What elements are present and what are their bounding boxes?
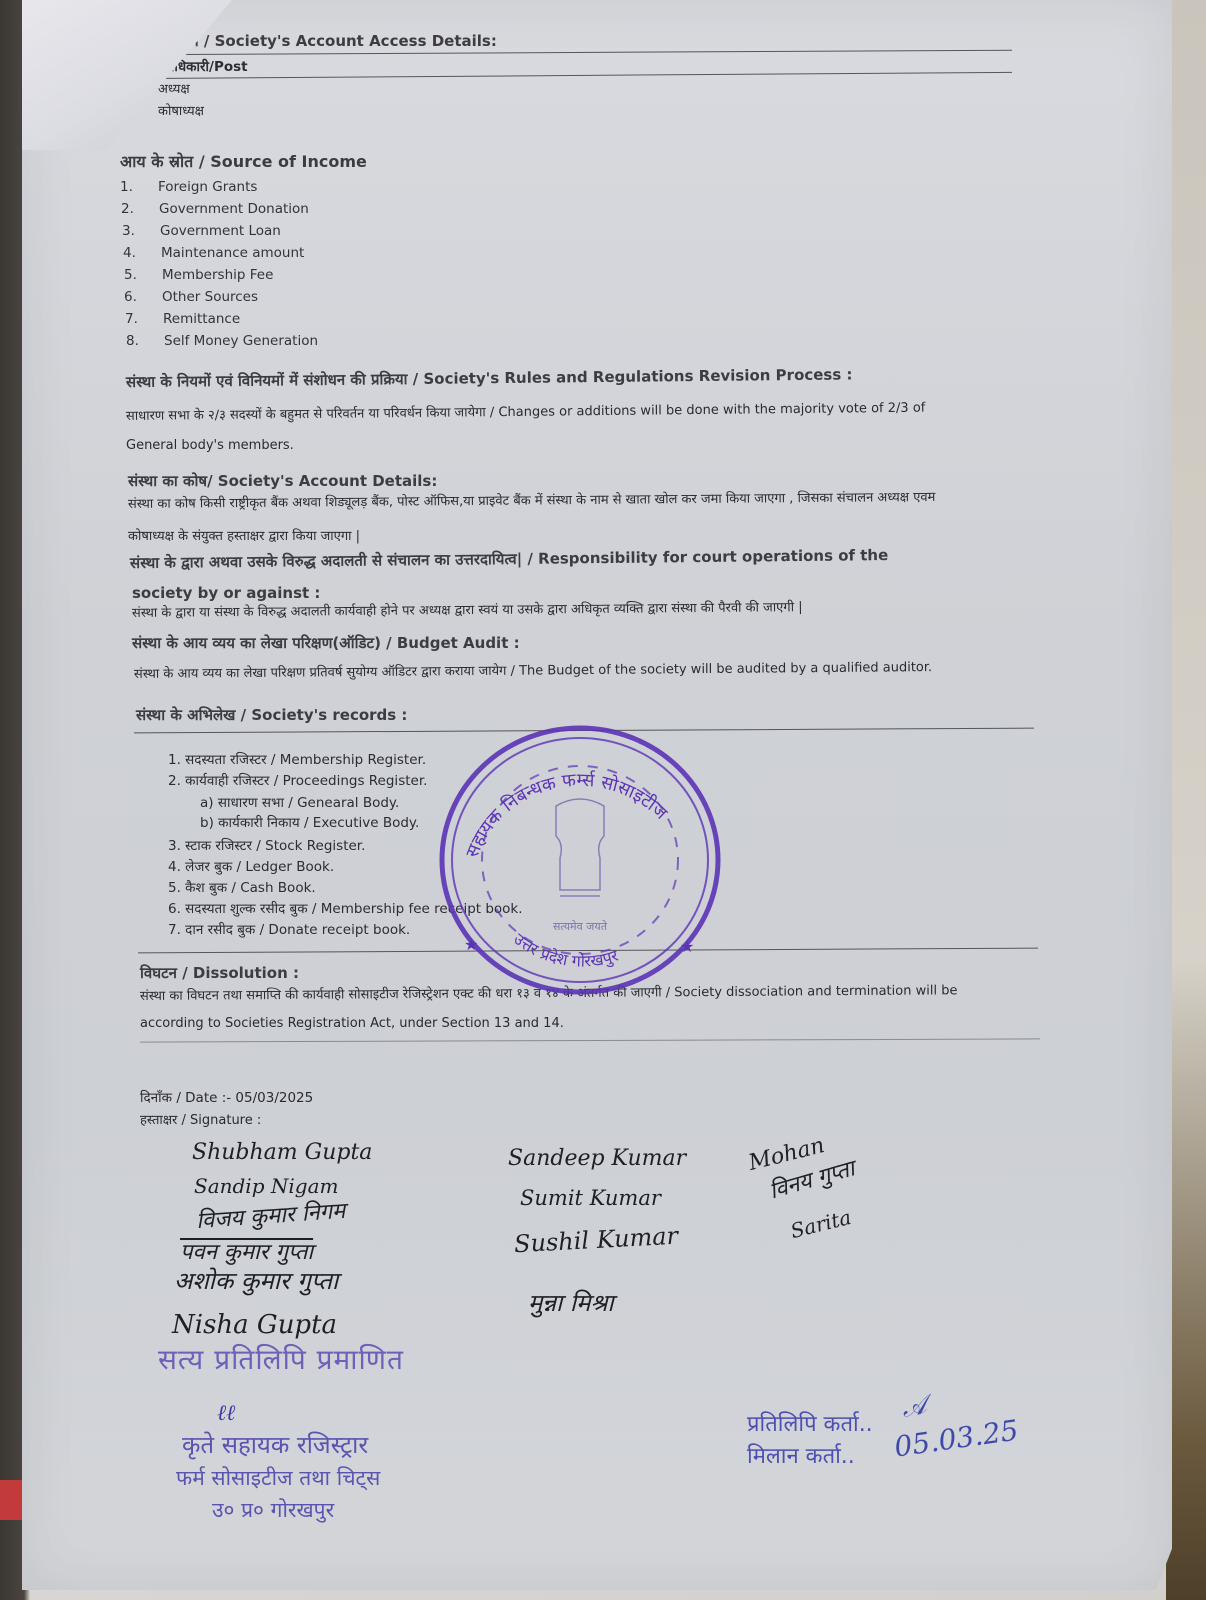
verified-by-label: मिलान कर्ता.. — [747, 1440, 855, 1470]
divider — [134, 728, 1034, 734]
officer-initials: ℓℓ — [217, 1400, 235, 1426]
item-number: 4. — [123, 245, 161, 261]
signature-label: हस्ताक्षर / Signature : — [140, 1110, 261, 1128]
budget-audit-body: संस्था के आय व्यय का लेखा परिक्षण प्रतिव… — [134, 657, 932, 682]
true-copy-stamp: सत्य प्रतिलिपि प्रमाणित — [158, 1340, 404, 1378]
officer-department: फर्म सोसाइटीज तथा चिट्स — [176, 1464, 380, 1492]
background-desk — [1166, 0, 1206, 1600]
item-number: 7. — [125, 311, 163, 327]
income-heading: आय के स्रोत / Source of Income — [120, 150, 367, 172]
item-number: 1. — [120, 179, 158, 195]
income-item: 8.Self Money Generation — [126, 333, 318, 349]
income-item: 3.Government Loan — [122, 223, 281, 239]
item-number: 2. — [121, 201, 159, 217]
item-label: Self Money Generation — [164, 333, 318, 349]
account-access-heading: का कोष / Society's Account Access Detail… — [154, 31, 497, 51]
item-label: Government Loan — [160, 223, 281, 239]
signature: Sandip Nigam — [194, 1174, 338, 1198]
document-page: का कोष / Society's Account Access Detail… — [22, 0, 1172, 1590]
record-item: 6. सदस्यता शुल्क रसीद बुक / Membership f… — [168, 899, 523, 917]
dissolution-body: संस्था का विघटन तथा समाप्ति की कार्यवाही… — [140, 980, 958, 1004]
copied-by-label: प्रतिलिपि कर्ता.. — [747, 1408, 873, 1438]
rules-revision-body: साधारण सभा के २/३ सदस्यों के बहुमत से पर… — [126, 398, 925, 424]
signature: Sushil Kumar — [513, 1222, 678, 1259]
court-operations-heading: संस्था के द्वारा अथवा उसके विरुद्ध अदालत… — [130, 545, 888, 573]
record-item: 2. कार्यवाही रजिस्टर / Proceedings Regis… — [168, 771, 427, 789]
official-seal-stamp: सहायक निबन्धक फर्म्स सोसाइटीज उत्तर प्रद… — [434, 720, 726, 1000]
signature: विजय कुमार निगम — [195, 1195, 346, 1235]
item-label: Maintenance amount — [161, 245, 304, 261]
budget-audit-heading: संस्था के आय व्यय का लेखा परिक्षण(ऑडिट) … — [132, 633, 520, 653]
date-label: दिनाँक / Date :- 05/03/2025 — [140, 1088, 313, 1106]
national-emblem-icon — [556, 799, 604, 896]
item-label: Other Sources — [162, 289, 258, 305]
officer-title: कृते सहायक रजिस्ट्रार — [182, 1428, 368, 1461]
item-label: Membership Fee — [162, 267, 273, 283]
svg-text:सत्यमेव जयते: सत्यमेव जयते — [553, 920, 608, 933]
divider — [132, 72, 1012, 79]
item-label: Government Donation — [159, 201, 309, 217]
income-item: 1.Foreign Grants — [120, 179, 257, 195]
income-item: 4.Maintenance amount — [123, 245, 304, 261]
record-item: b) कार्यकारी निकाय / Executive Body. — [200, 813, 419, 831]
svg-text:★: ★ — [680, 937, 694, 956]
account-details-heading: संस्था का कोष/ Society's Account Details… — [128, 471, 437, 491]
signature: Sandeep Kumar — [508, 1146, 686, 1171]
folded-page-corner — [22, 0, 232, 150]
signature: Nisha Gupta — [172, 1310, 337, 1340]
income-item: 6.Other Sources — [124, 289, 258, 305]
records-heading: संस्था के अभिलेख / Society's records : — [136, 705, 407, 725]
dissolution-heading: विघटन / Dissolution : — [140, 963, 299, 983]
rules-revision-heading: संस्था के नियमों एवं विनियमों में संशोधन… — [126, 364, 853, 392]
record-item: 5. कैश बुक / Cash Book. — [168, 878, 316, 896]
item-number: 6. — [124, 289, 162, 305]
divider — [140, 1038, 1040, 1042]
record-item: 3. स्टाक रजिस्टर / Stock Register. — [168, 836, 365, 854]
signature: मुन्ना मिश्रा — [528, 1286, 614, 1319]
record-item: 4. लेजर बुक / Ledger Book. — [168, 857, 334, 875]
signature: अशोक कुमार गुप्ता — [174, 1264, 338, 1297]
signature: Sarita — [788, 1205, 854, 1243]
rules-revision-body-cont: General body's members. — [126, 438, 294, 453]
item-label: Remittance — [163, 311, 240, 327]
item-number: 5. — [124, 267, 162, 283]
record-item: 7. दान रसीद बुक / Donate receipt book. — [168, 920, 410, 938]
item-number: 3. — [122, 223, 160, 239]
item-label: Foreign Grants — [158, 179, 257, 195]
record-item: a) साधारण सभा / Genearal Body. — [200, 793, 399, 811]
dissolution-body-cont: according to Societies Registration Act,… — [140, 1016, 564, 1031]
signature: पवन कुमार गुप्ता — [180, 1236, 313, 1266]
income-item: 5.Membership Fee — [124, 267, 273, 283]
income-item: 7.Remittance — [125, 311, 240, 327]
signature: Sumit Kumar — [520, 1186, 661, 1210]
divider — [138, 948, 1038, 954]
item-number: 8. — [126, 333, 164, 349]
copied-by-signature: 𝒜 — [899, 1390, 929, 1425]
signature: Shubham Gupta — [192, 1140, 372, 1165]
officer-location: उ० प्र० गोरखपुर — [212, 1496, 334, 1524]
court-operations-heading-cont: society by or against : — [132, 584, 320, 602]
account-details-body-cont: कोषाध्यक्ष के संयुक्त हस्ताक्षर द्वारा क… — [128, 526, 360, 544]
record-item: 1. सदस्यता रजिस्टर / Membership Register… — [168, 750, 426, 768]
svg-text:सहायक निबन्धक फर्म्स सोसाइटीज: सहायक निबन्धक फर्म्स सोसाइटीज — [462, 769, 672, 861]
income-item: 2.Government Donation — [121, 201, 309, 217]
